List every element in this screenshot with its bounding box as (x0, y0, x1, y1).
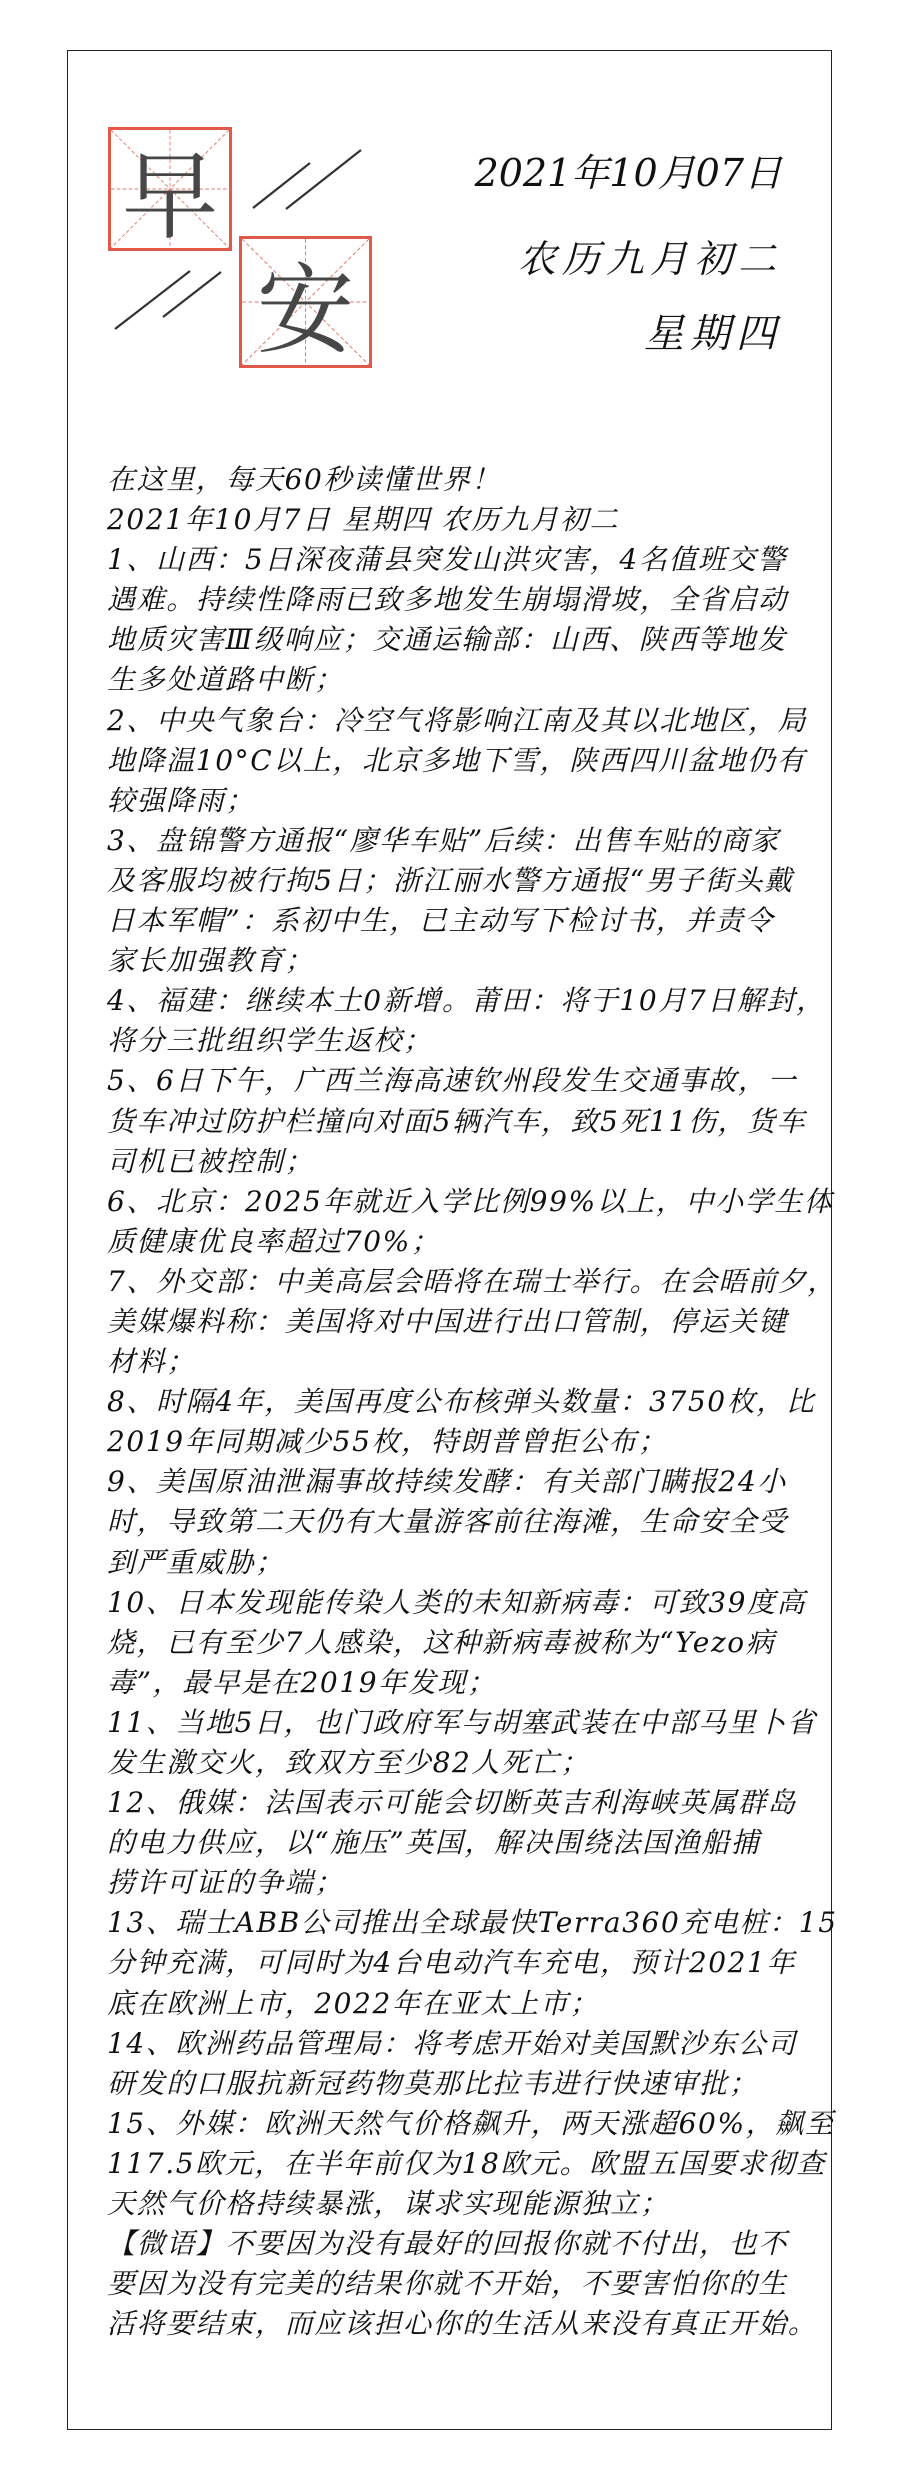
news-digest-body: 在这里，每天60秒读懂世界！ 2021年10月7日 星期四 农历九月初二 1、山… (107, 460, 787, 2344)
date-block: 2021年10月07日 农历九月初二 星期四 (382, 0, 782, 400)
news-line: 司机已被控制； (107, 1142, 787, 1182)
news-line: 较强降雨； (107, 781, 787, 821)
quote-line: 活将要结束，而应该担心你的生活从来没有真正开始。 (107, 2304, 787, 2344)
quote-line: 要因为没有完美的结果你就不开始，不要害怕你的生 (107, 2264, 787, 2304)
news-line: 材料； (107, 1342, 787, 1382)
news-line: 烧，已有至少7人感染，这种新病毒被称为“Yezo病 (107, 1623, 787, 1663)
news-line: 14、欧洲药品管理局：将考虑开始对美国默沙东公司 (107, 2024, 787, 2064)
news-line: 研发的口服抗新冠药物莫那比拉韦进行快速审批； (107, 2064, 787, 2104)
news-line: 分钟充满，可同时为4台电动汽车充电，预计2021年 (107, 1943, 787, 1983)
news-line: 15、外媒：欧洲天然气价格飙升，两天涨超60%，飙至 (107, 2104, 787, 2144)
news-line: 美媒爆料称：美国将对中国进行出口管制，停运关键 (107, 1302, 787, 1342)
news-line: 日本军帽”：系初中生，已主动写下检讨书，并责令 (107, 901, 787, 941)
news-line: 将分三批组织学生返校； (107, 1021, 787, 1061)
news-line: 5、6日下午，广西兰海高速钦州段发生交通事故，一 (107, 1061, 787, 1101)
news-line: 9、美国原油泄漏事故持续发酵：有关部门瞒报24小 (107, 1462, 787, 1502)
news-line: 3、盘锦警方通报“廖华车贴”后续：出售车贴的商家 (107, 821, 787, 861)
date-gregorian: 2021年10月07日 (475, 142, 782, 197)
news-line: 发生激交火，致双方至少82人死亡； (107, 1743, 787, 1783)
news-line: 4、福建：继续本土0新增。莆田：将于10月7日解封， (107, 981, 787, 1021)
news-line: 遇难。持续性降雨已致多地发生崩塌滑坡，全省启动 (107, 580, 787, 620)
news-line: 底在欧洲上市，2022年在亚太上市； (107, 1984, 787, 2024)
intro-line: 在这里，每天60秒读懂世界！ (107, 460, 787, 500)
news-line: 地降温10°C以上，北京多地下雪，陕西四川盆地仍有 (107, 741, 787, 781)
greeting-char-an: 安 (242, 239, 369, 365)
news-line: 捞许可证的争端； (107, 1863, 787, 1903)
news-line: 家长加强教育； (107, 941, 787, 981)
date-lunar: 农历九月初二 (518, 228, 782, 283)
date-weekday: 星期四 (644, 302, 782, 359)
news-line: 8、时隔4年，美国再度公布核弹头数量：3750枚，比 (107, 1382, 787, 1422)
news-line: 13、瑞士ABB公司推出全球最快Terra360充电桩：15 (107, 1903, 787, 1943)
news-line: 天然气价格持续暴涨，谋求实现能源独立； (107, 2184, 787, 2224)
news-line: 10、日本发现能传染人类的未知新病毒：可致39度高 (107, 1583, 787, 1623)
news-line: 质健康优良率超过70%； (107, 1222, 787, 1262)
news-line: 生多处道路中断； (107, 660, 787, 700)
greeting-char-box-zao: 早 (108, 127, 232, 251)
greeting-char-box-an: 安 (239, 236, 372, 368)
news-line: 6、北京：2025年就近入学比例99%以上，中小学生体 (107, 1182, 787, 1222)
news-line: 到严重威胁； (107, 1543, 787, 1583)
news-line: 时，导致第二天仍有大量游客前往海滩，生命安全受 (107, 1502, 787, 1542)
news-line: 2、中央气象台：冷空气将影响江南及其以北地区，局 (107, 701, 787, 741)
news-line: 7、外交部：中美高层会晤将在瑞士举行。在会晤前夕， (107, 1262, 787, 1302)
news-line: 货车冲过防护栏撞向对面5辆汽车，致5死11伤，货车 (107, 1102, 787, 1142)
quote-line: 【微语】不要因为没有最好的回报你就不付出，也不 (107, 2224, 787, 2264)
greeting-char-zao: 早 (111, 130, 229, 248)
news-line: 2019年同期减少55枚，特朗普曾拒公布； (107, 1422, 787, 1462)
news-line: 117.5欧元，在半年前仅为18欧元。欧盟五国要求彻查 (107, 2144, 787, 2184)
news-line: 1、山西：5日深夜蒲县突发山洪灾害，4名值班交警 (107, 540, 787, 580)
news-line: 的电力供应，以“施压”英国，解决围绕法国渔船捕 (107, 1823, 787, 1863)
news-line: 毒”，最早是在2019年发现； (107, 1663, 787, 1703)
date-line: 2021年10月7日 星期四 农历九月初二 (107, 500, 787, 540)
news-line: 及客服均被行拘5日；浙江丽水警方通报“男子街头戴 (107, 861, 787, 901)
news-line: 地质灾害Ⅲ级响应；交通运输部：山西、陕西等地发 (107, 620, 787, 660)
news-line: 11、当地5日，也门政府军与胡塞武装在中部马里卜省 (107, 1703, 787, 1743)
news-line: 12、俄媒：法国表示可能会切断英吉利海峡英属群岛 (107, 1783, 787, 1823)
